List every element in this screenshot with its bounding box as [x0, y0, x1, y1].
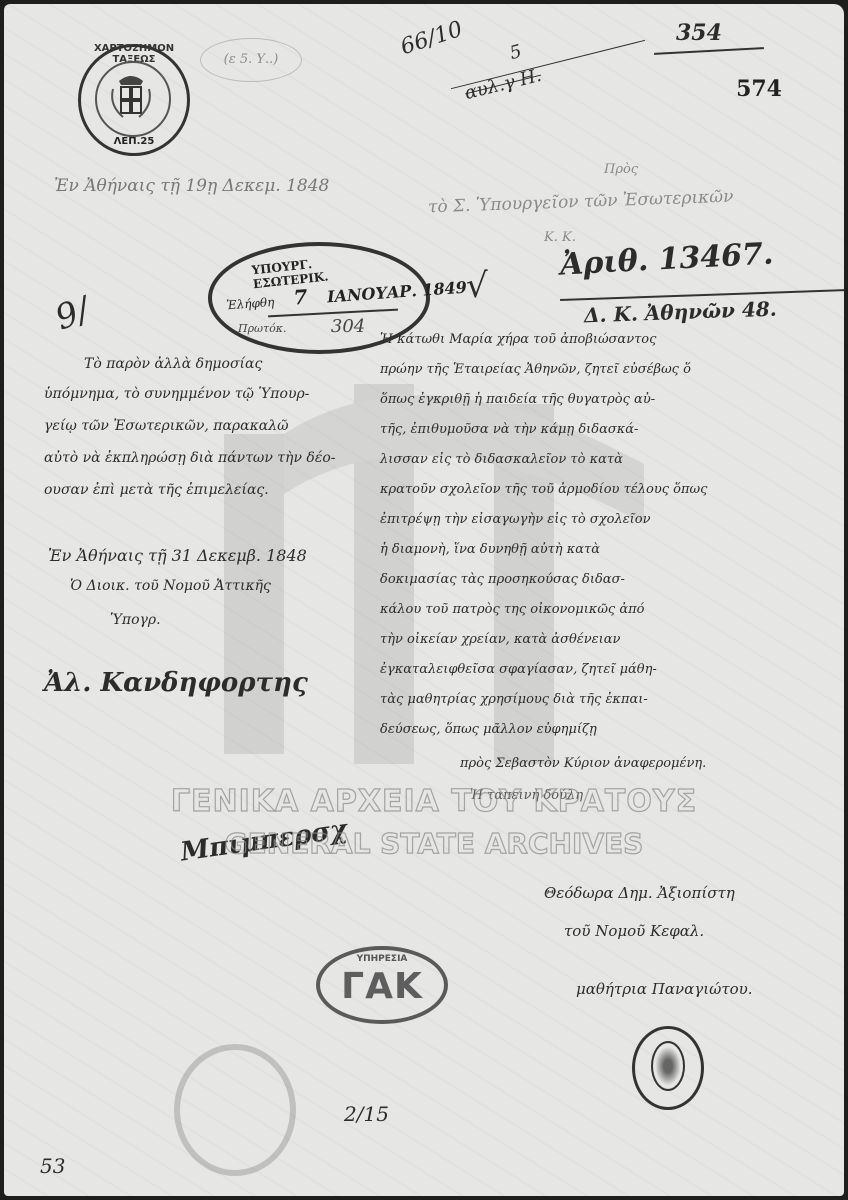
bottom-left-number: 53 [40, 1154, 65, 1178]
mark-annotation: 5 [507, 41, 523, 64]
underlined-number: 354 [676, 20, 722, 46]
reference-subline: Δ. Κ. Ἀθηνῶν 48. [584, 297, 777, 328]
revenue-stamp: ΧΑΡΤΟΣΗΜΟΝ ΤΑΞΕΩΣ ΛΕΠ.25 [78, 44, 190, 156]
document-page: ΧΑΡΤΟΣΗΜΟΝ ΤΑΞΕΩΣ ΛΕΠ.25 (ε 5. Υ..) 66/1… [4, 4, 844, 1196]
faded-oval-mark: (ε 5. Υ..) [200, 38, 302, 82]
left-heading-date: Ἐν Ἀθήναις τῇ 19ῃ Δεκεμ. 1848 [54, 176, 329, 196]
revenue-stamp-value: ΛΕΠ.25 [81, 136, 187, 147]
addressee-sub: Κ. Κ. [544, 230, 576, 245]
coat-of-arms-icon [109, 71, 153, 121]
archive-page-number: 574 [736, 76, 782, 102]
strike-line [451, 40, 645, 89]
closing-line-1: Θεόδωρα Δημ. Ἀξιοπίστη [544, 884, 735, 902]
struck-annotation: αυλ.γ Η. [463, 65, 544, 104]
reference-number: Ἀριθ. 13467. [559, 236, 774, 282]
fraction-annotation: 66/10 [398, 17, 466, 60]
ministry-stamp-protocol: Πρωτόκ. 304 [238, 316, 365, 337]
closing-line-2: τοῦ Νομοῦ Κεφαλ. [564, 922, 704, 940]
addressee-line: τὸ Σ. Ὑπουργεῖον τῶν Ἐσωτερικῶν [428, 187, 734, 218]
watermark-greek: ΓΕΝΙΚΑ ΑΡΧΕΙΑ ΤΟΥ ΚΡΑΤΟΥΣ [154, 784, 714, 819]
gak-stamp: ΥΠΗΡΕΣΙΑ ΓΑΚ [316, 946, 448, 1024]
watermark-english: GENERAL STATE ARCHIVES [154, 827, 714, 860]
underline [654, 47, 764, 55]
closing-line-3: μαθήτρια Παναγιώτου. [576, 980, 753, 998]
left-signature: Ἀλ. Κανδηφορτης [44, 668, 308, 698]
archive-watermark: ΓΕΝΙΚΑ ΑΡΧΕΙΑ ΤΟΥ ΚΡΑΤΟΥΣ GENERAL STATE … [154, 784, 714, 860]
small-round-seal [632, 1026, 704, 1110]
checkmark-left: 9/ [50, 290, 95, 339]
addressee-pros: Πρὸς [604, 162, 638, 177]
faded-circular-stamp [174, 1044, 296, 1176]
bottom-fraction: 2/15 [344, 1102, 389, 1126]
checkmark-v: √ [466, 266, 488, 306]
